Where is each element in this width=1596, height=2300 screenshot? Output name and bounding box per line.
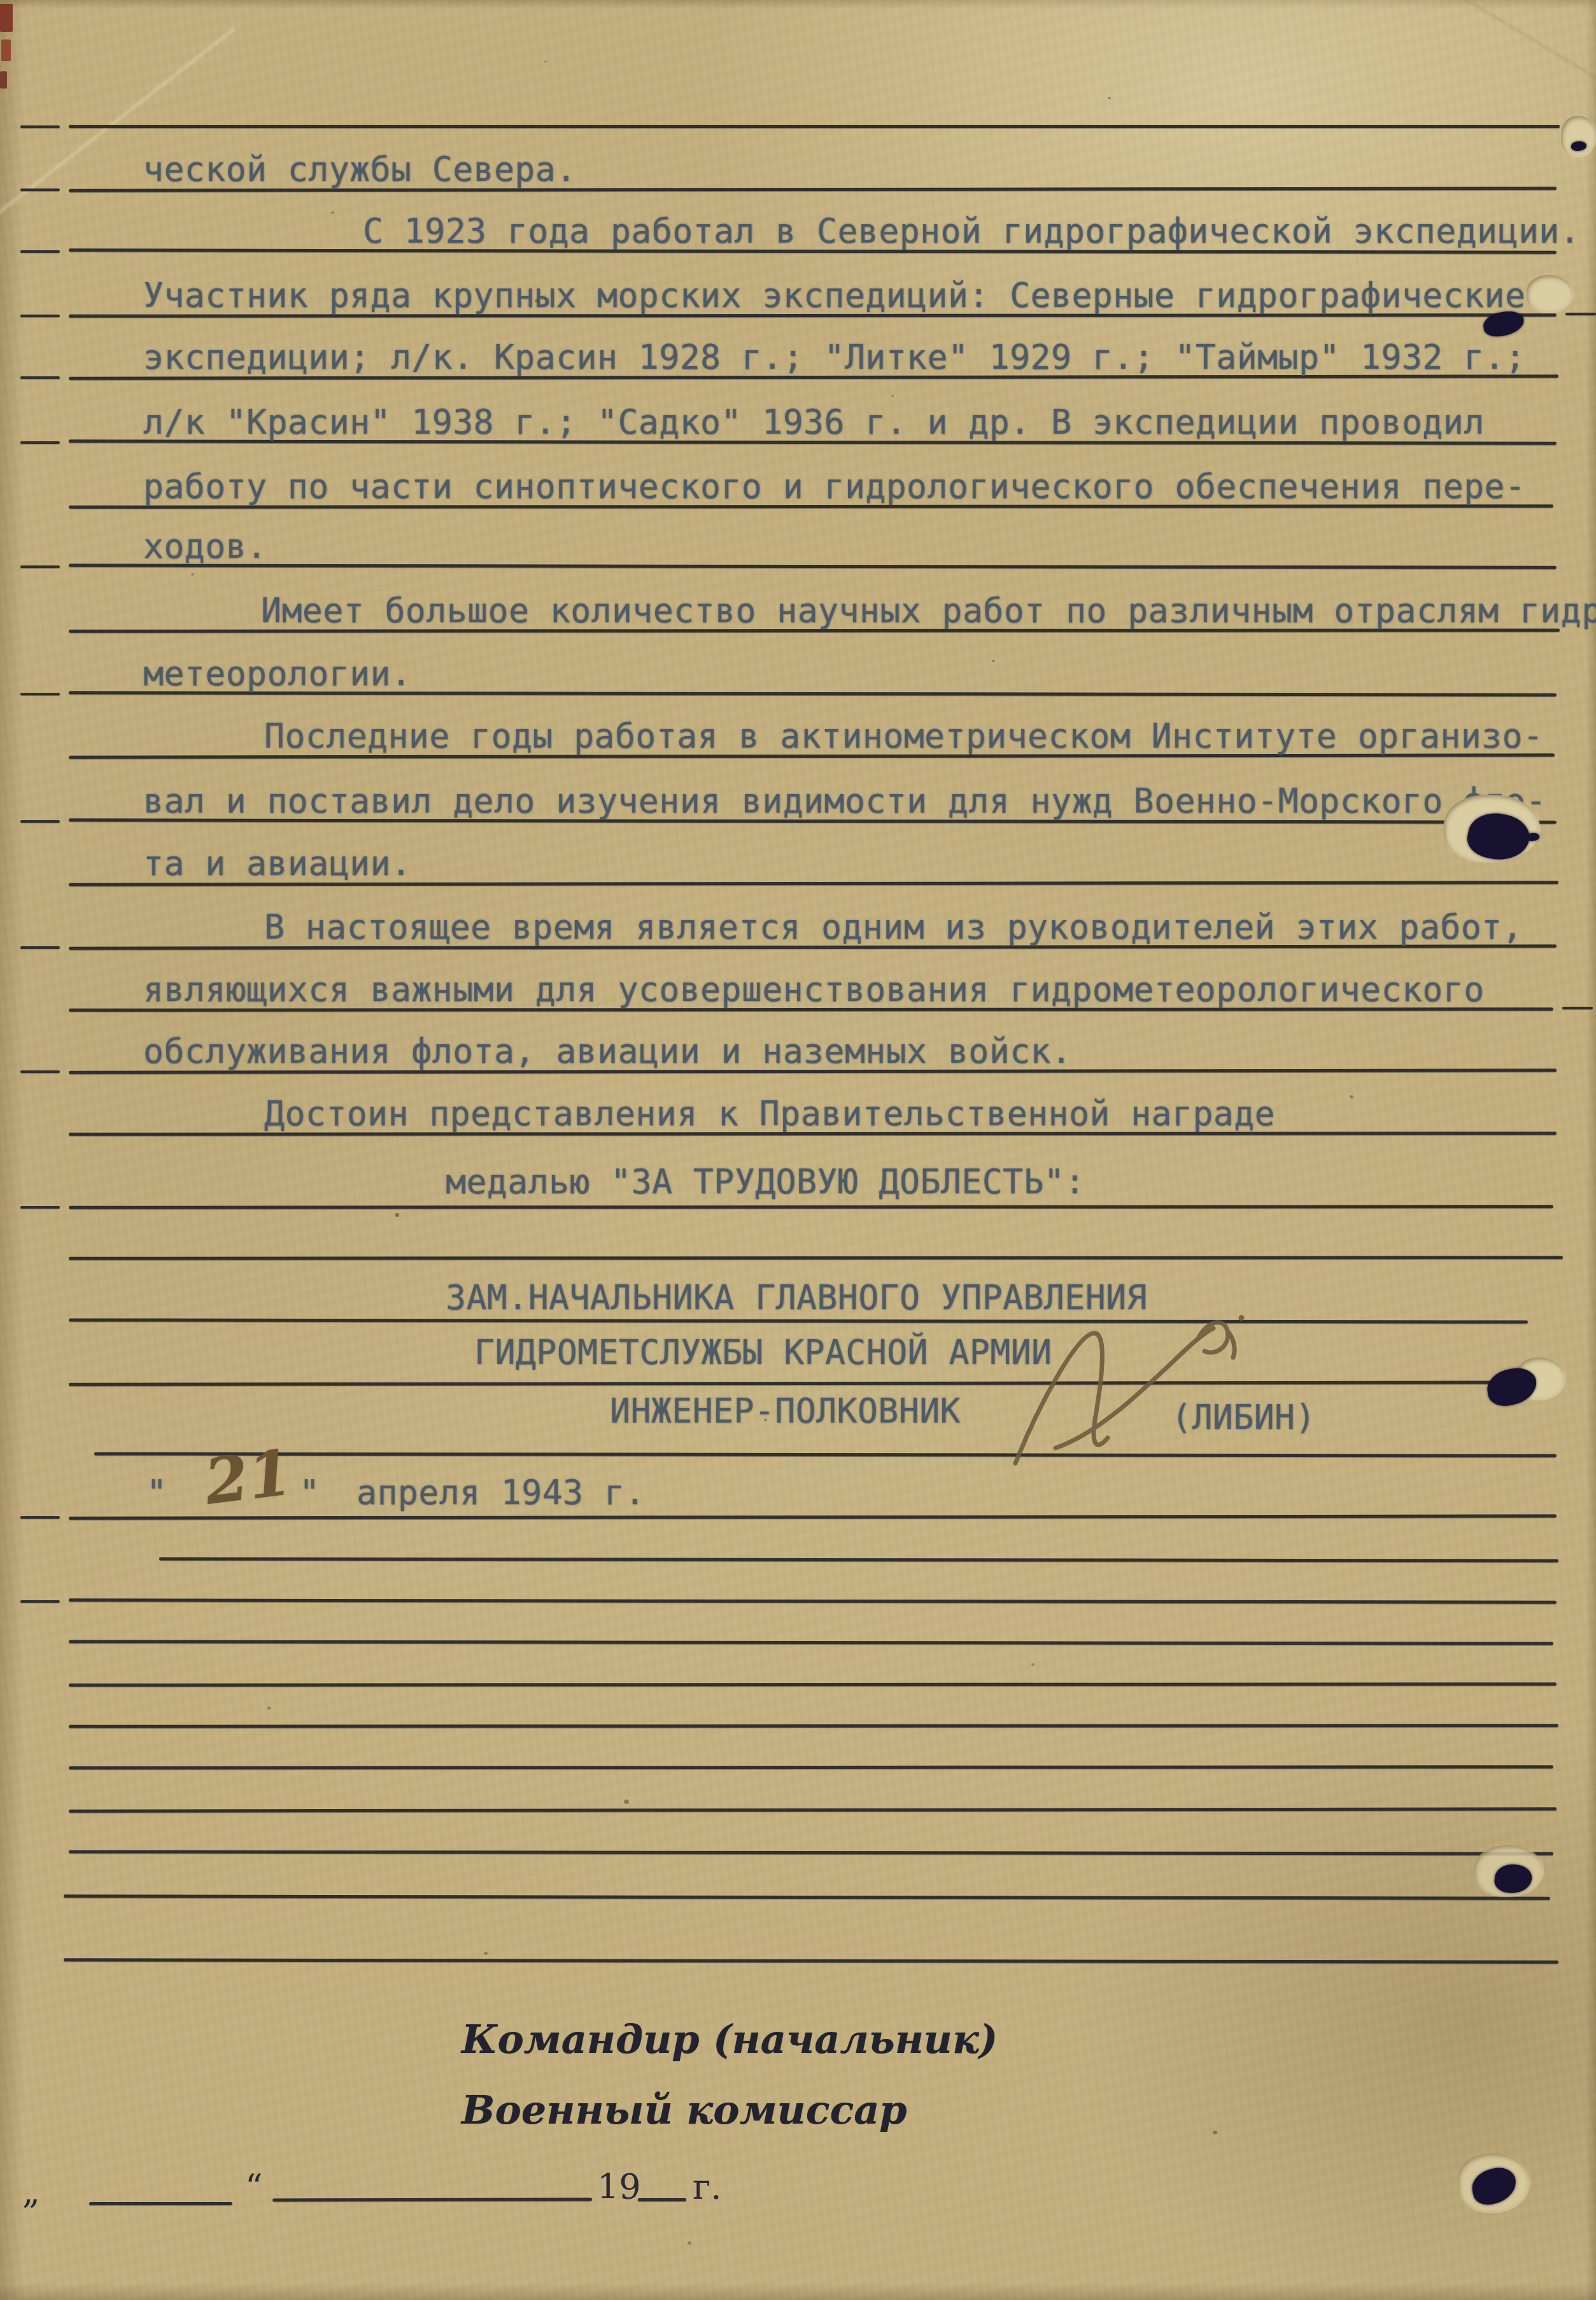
typed-line: л/к "Красин" 1938 г.; "Садко" 1936 г. и … (143, 406, 1485, 439)
typed-line: медалью "ЗА ТРУДОВУЮ ДОБЛЕСТЬ": (446, 1165, 1085, 1199)
paper-speck (1213, 2131, 1217, 2134)
typed-line: Имеет большое количество научных работ п… (261, 594, 1596, 628)
ruled-line (69, 1318, 1528, 1323)
ruled-line-left-dash (20, 820, 60, 823)
ink-blot (1527, 833, 1539, 841)
footer-line-segment (638, 2198, 686, 2201)
footer-line-segment (89, 2202, 232, 2205)
ruled-line (69, 564, 1557, 569)
ruled-line (69, 1514, 1557, 1519)
paper-speck (331, 211, 334, 214)
handwritten-day: 21 (202, 1442, 295, 1514)
ruled-line (159, 1557, 1558, 1562)
ruled-line-left-dash (20, 1070, 60, 1073)
footer-year-prefix: 19 (597, 2170, 641, 2204)
ruled-line (69, 1682, 1557, 1687)
ruled-line-left-dash (20, 441, 60, 444)
footer-high-quote: “ (245, 2170, 263, 2204)
ruled-line-right-dash (1562, 1007, 1593, 1009)
typed-line: ходов. (143, 530, 267, 564)
date-open-quote: " (146, 1476, 167, 1510)
ruled-line-left-dash (20, 1516, 60, 1519)
typed-line: вал и поставил дело изучения видимости д… (143, 784, 1546, 818)
ruled-line-left-dash (20, 250, 60, 253)
ruled-line-left-dash (20, 188, 60, 191)
typed-line: метеорологии. (143, 657, 411, 691)
typed-line: ческой службы Севера. (143, 153, 577, 187)
ruled-line-left-dash (20, 693, 60, 695)
date-text: апреля 1943 г. (357, 1476, 646, 1510)
paper-speck (191, 573, 194, 576)
handwritten-signature (980, 1299, 1254, 1477)
paper-speck (544, 60, 547, 62)
ruled-line (69, 1765, 1553, 1770)
paper-speck (1108, 97, 1111, 99)
signature-block-line: ИНЖЕНЕР-ПОЛКОВНИК (610, 1395, 961, 1428)
typed-line: работу по части синоптического и гидроло… (143, 470, 1525, 504)
paper-speck (624, 1800, 629, 1804)
typed-line: обслуживания флота, авиации и наземных в… (143, 1035, 1071, 1068)
paper-hole (1527, 275, 1572, 312)
paper-speck (535, 299, 539, 302)
paper-speck (484, 1952, 488, 1955)
paper-speck (688, 2241, 691, 2245)
ruled-line (64, 1894, 1550, 1899)
ruled-line (69, 1640, 1553, 1645)
commissar-label: Военный комиссар (462, 2091, 907, 2130)
typed-line: являющихся важными для усовершенствовани… (143, 973, 1485, 1007)
paper-speck (891, 395, 894, 397)
ruled-line-left-dash (20, 1600, 60, 1603)
typed-line: та и авиации. (143, 847, 411, 881)
ruled-line-left-dash (20, 946, 60, 949)
paper-speck (1031, 1663, 1035, 1666)
ruled-line-right-dash (1565, 313, 1596, 315)
typed-line: Последние годы работая в актинометрическ… (264, 720, 1543, 753)
paper-speck (764, 1419, 767, 1421)
ruled-line-left-dash (20, 315, 60, 317)
footer-line-segment (272, 2197, 592, 2201)
footer-year-suffix: г. (693, 2170, 721, 2204)
ruled-line-left-dash (20, 125, 60, 128)
paper-crease (1315, 0, 1596, 81)
ruled-line-left-dash (20, 565, 60, 568)
typed-line: Участник ряда крупных морских экспедиций… (143, 279, 1525, 313)
paper-speck (267, 1707, 271, 1710)
paper-speck (992, 660, 995, 662)
binding-mark (0, 71, 7, 89)
ruled-line-left-dash (20, 1206, 60, 1209)
typed-line: экспедиции; л/к. Красин 1928 г.; "Литке"… (143, 341, 1525, 374)
ruled-line (69, 1598, 1557, 1603)
paper-speck (1350, 1095, 1353, 1098)
commander-label: Командир (начальник) (462, 2020, 998, 2059)
footer-low-quote: „ (22, 2175, 40, 2209)
ruled-line (69, 1256, 1563, 1260)
date-close-quote: " (299, 1476, 320, 1510)
ruled-line (69, 1205, 1553, 1209)
paper-speck (395, 1213, 399, 1217)
typed-line: Достоин представления к Правительственно… (264, 1097, 1275, 1131)
ruled-line (69, 1807, 1557, 1812)
ruled-line (69, 1724, 1558, 1728)
ruled-line (69, 1381, 1558, 1386)
signature-block-line: ГИДРОМЕТСЛУЖБЫ КРАСНОЙ АРМИИ (474, 1336, 1052, 1370)
ruled-line-left-dash (20, 376, 60, 379)
scanned-document-page: ческой службы Севера.С 1923 года работал… (0, 0, 1596, 2300)
ruled-line (64, 1958, 1558, 1963)
binding-mark (1, 39, 11, 61)
typed-line: В настоящее время является одним из руко… (264, 911, 1523, 944)
ruled-line (69, 1850, 1553, 1855)
ruled-line (69, 125, 1560, 128)
typed-line: С 1923 года работал в Северной гидрограф… (363, 215, 1580, 248)
ruled-line (94, 1452, 1557, 1457)
binding-mark (0, 4, 13, 32)
